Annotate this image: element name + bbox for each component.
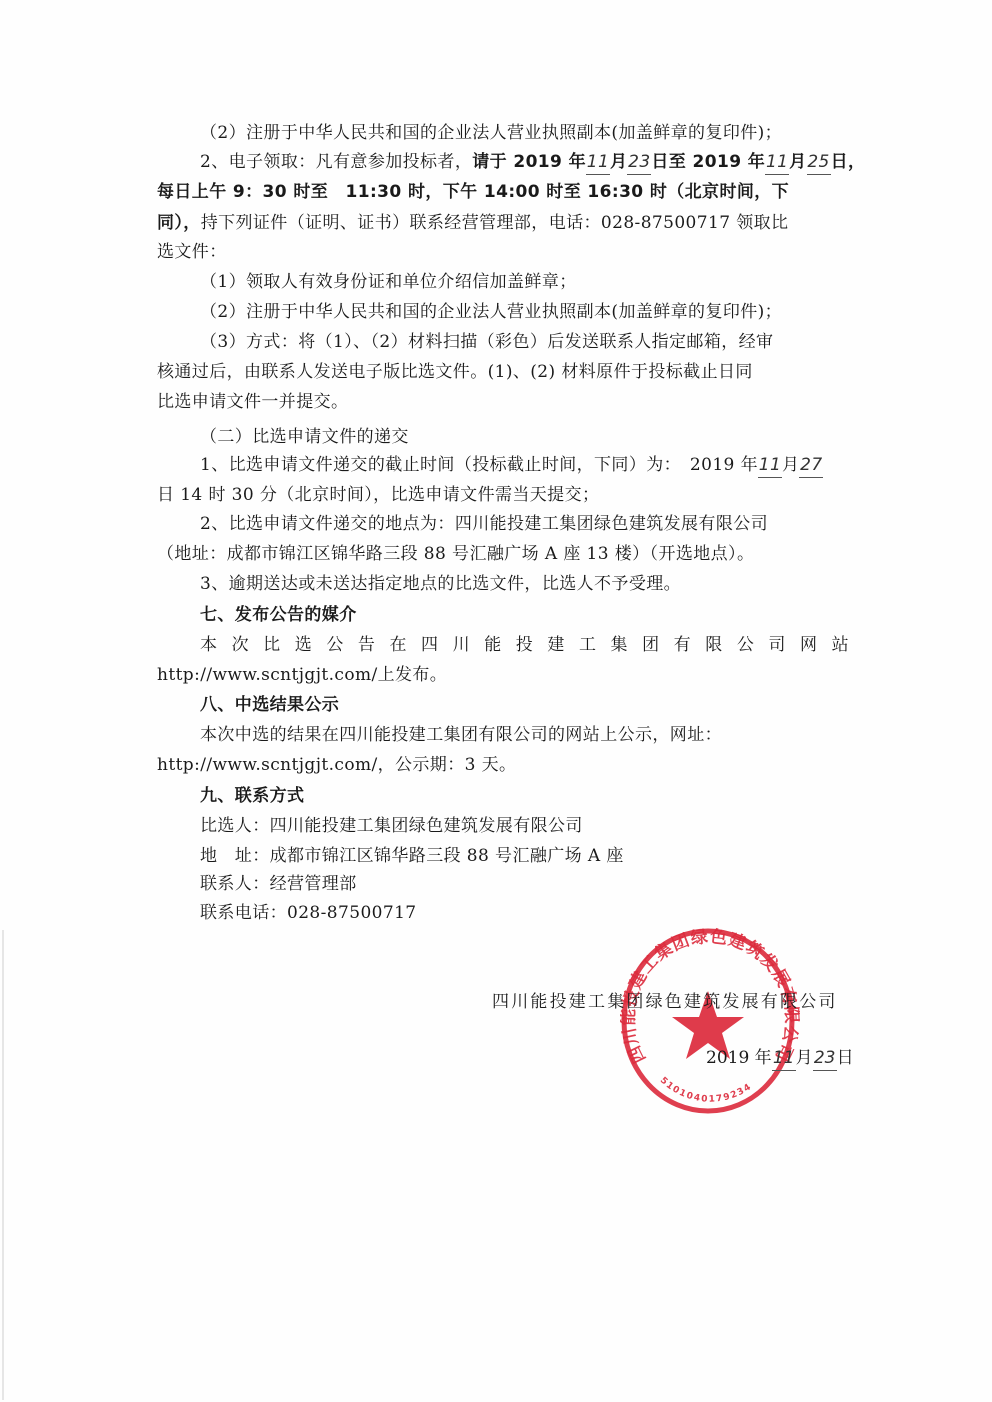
text-line: 1、比选申请文件递交的截止时间（投标截止时间，下同）为： 2019 年11月27 [200,453,849,478]
text-line: 每日上午 9：30 时至 11:30 时，下午 14:00 时至 16:30 时… [157,180,849,204]
text-line: 日 14 时 30 分（北京时间），比选申请文件需当天提交； [157,483,849,507]
char: 比 [263,633,280,657]
text-line: 2、比选申请文件递交的地点为：四川能投建工集团绿色建筑发展有限公司 [200,512,849,536]
char: 集 [611,633,628,657]
text-span: 日 [837,1048,854,1068]
handwritten-day: 25 [807,150,831,175]
website-link-text: http://www.scntjgjt.com/，公示期：3 天。 [157,753,849,777]
text-span: 月 [782,455,799,475]
text-line: 比选申请文件一并提交。 [157,390,849,414]
official-seal-icon: 四川能投建工集团绿色建筑发展有限公司 5101040179234 [620,925,800,1115]
text-line: （3）方式：将（1）、（2）材料扫描（彩色）后发送联系人指定邮箱，经审 [200,330,849,354]
text-line: 3、逾期送达或未送达指定地点的比选文件，比选人不予受理。 [200,572,849,596]
text-span: 月 [796,1048,813,1068]
contact-address: 地 址：成都市锦江区锦华路三段 88 号汇融广场 A 座 [200,844,849,868]
text-line: （地址：成都市锦江区锦华路三段 88 号汇融广场 A 座 13 楼）（开选地点）… [157,542,849,566]
handwritten-day: 23 [813,1046,837,1071]
text-span: 持下列证件（证明、证书）联系经营管理部，电话：028-87500717 领取比 [201,213,789,233]
handwritten-month: 11 [765,150,789,175]
char: 能 [484,633,501,657]
contact-company: 比选人：四川能投建工集团绿色建筑发展有限公司 [200,814,849,838]
text-line: 核通过后，由联系人发送电子版比选文件。(1)、(2) 材料原件于投标截止日同 [157,360,849,384]
signature-date: 2019 年11月23日 [706,1046,854,1071]
text-span: 2、电子领取：凡有意参加投标者， [200,152,472,172]
text-line: 本次中选的结果在四川能投建工集团有限公司的网站上公示，网址： [200,723,849,747]
text-line: （1）领取人有效身份证和单位介绍信加盖鲜章； [200,270,849,294]
char: 本 [200,633,217,657]
website-link-text: http://www.scntjgjt.com/上发布。 [157,663,849,687]
char: 选 [295,633,312,657]
text-line: （2）注册于中华人民共和国的企业法人营业执照副本(加盖鲜章的复印件)； [200,300,849,324]
char: 限 [705,633,722,657]
contact-person: 联系人：经营管理部 [200,872,849,896]
text-span: 月 [610,152,627,172]
text-span: 同）， [157,213,201,233]
char: 四 [421,633,438,657]
char: 公 [737,633,754,657]
section-heading-results: 八、中选结果公示 [200,693,849,717]
handwritten-day: 27 [799,453,823,478]
contact-phone: 联系电话：028-87500717 [200,901,849,925]
char: 次 [232,633,249,657]
char: 在 [389,633,406,657]
text-span: 日至 2019 年 [651,152,765,172]
handwritten-day: 23 [627,150,651,175]
text-line: 2、电子领取：凡有意参加投标者，请于 2019 年11月23日至 2019 年1… [200,150,849,175]
text-span: 2019 年 [706,1048,772,1068]
text-span: 日， [831,152,866,172]
handwritten-month: 11 [772,1046,796,1071]
char: 工 [579,633,596,657]
char: 团 [642,633,659,657]
text-line-justified: 本次比选公告在四川能投建工集团有限公司网站 [200,633,849,657]
text-span: 月 [789,152,806,172]
char: 站 [832,633,849,657]
char: 投 [516,633,533,657]
section-heading-contact: 九、联系方式 [200,784,849,808]
char: 有 [674,633,691,657]
text-line: （2）注册于中华人民共和国的企业法人营业执照副本(加盖鲜章的复印件)； [200,121,849,145]
char: 公 [326,633,343,657]
text-line: 同），持下列证件（证明、证书）联系经营管理部，电话：028-87500717 领… [157,211,849,235]
handwritten-month: 11 [586,150,610,175]
signature-company: 四川能投建工集团绿色建筑发展有限公司 [492,990,838,1014]
scan-edge [2,930,4,1400]
document-page: （2）注册于中华人民共和国的企业法人营业执照副本(加盖鲜章的复印件)； 2、电子… [0,0,992,1402]
text-span: 1、比选申请文件递交的截止时间（投标截止时间，下同）为： 2019 年 [200,455,758,475]
char: 川 [453,633,470,657]
handwritten-month: 11 [758,453,782,478]
section-heading-media: 七、发布公告的媒介 [200,603,849,627]
char: 建 [547,633,564,657]
text-span: 请于 2019 年 [472,152,586,172]
char: 司 [768,633,785,657]
text-line: 选文件： [157,240,849,264]
section-subheading: （二）比选申请文件的递交 [200,425,849,449]
char: 告 [358,633,375,657]
char: 网 [800,633,817,657]
